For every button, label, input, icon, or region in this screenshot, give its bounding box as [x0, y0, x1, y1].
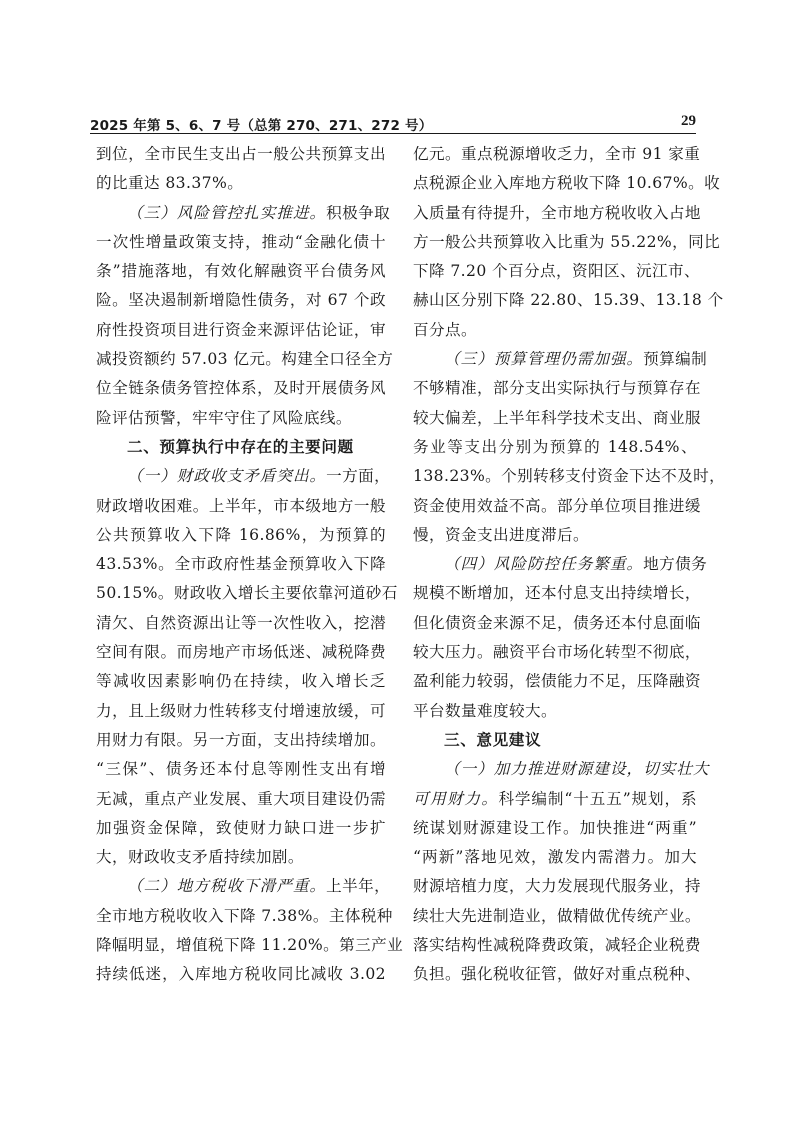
paragraph-line: 财政增收困难。上半年，市本级地方一般: [96, 492, 386, 521]
paragraph-text: 一方面，: [326, 467, 390, 485]
paragraph-line: 空间有限。而房地产市场低迷、减税降费: [96, 638, 386, 667]
paragraph-line: 等减收因素影响仍在持续，收入增长乏: [96, 667, 386, 696]
paragraph-line: 财源培植力度，大力发展现代服务业，持: [413, 872, 697, 901]
left-column: 到位，全市民生支出占一般公共预算支出的比重达 83.37%。（三）风险管控扎实推…: [96, 140, 386, 990]
subsection-title: （一）加力推进财源建设，切实壮大: [444, 760, 710, 778]
paragraph-line: 百分点。: [413, 316, 697, 345]
paragraph-line: 险。坚决遏制新增隐性债务，对 67 个政: [96, 286, 386, 315]
subsection-line: （三）风险管控扎实推进。积极争取: [96, 199, 386, 228]
paragraph-text: 上半年，: [326, 877, 390, 895]
paragraph-line: 公共预算收入下降 16.86%，为预算的: [96, 521, 386, 550]
paragraph-line: “两新”落地见效，激发内需潜力。加大: [413, 843, 697, 872]
paragraph-text: 科学编制“十五五”规划，系: [498, 790, 697, 808]
paragraph-line: “三保”、债务还本付息等刚性支出有增: [96, 755, 386, 784]
paragraph-line: 减投资额约 57.03 亿元。构建全口径全方: [96, 345, 386, 374]
paragraph-line: 务业等支出分别为预算的 148.54%、: [413, 433, 697, 462]
paragraph-line: 府性投资项目进行资金来源评估论证，审: [96, 316, 386, 345]
right-column: 亿元。重点税源增收乏力，全市 91 家重点税源企业入库地方税收下降 10.67%…: [413, 140, 697, 990]
paragraph-line: 盈利能力较弱，偿债能力不足，压降融资: [413, 667, 697, 696]
paragraph-line: 规模不断增加，还本付息支出持续增长，: [413, 579, 697, 608]
paragraph-line: 50.15%。财政收入增长主要依靠河道砂石: [96, 579, 386, 608]
subsection-line: 可用财力。科学编制“十五五”规划，系: [413, 785, 697, 814]
paragraph-line: 落实结构性减税降费政策，减轻企业税费: [413, 931, 697, 960]
paragraph-line: 入质量有待提升，全市地方税收收入占地: [413, 199, 697, 228]
subsection-title: （四）风险防控任务繁重。: [444, 555, 643, 573]
paragraph-line: 慢，资金支出进度滞后。: [413, 521, 697, 550]
paragraph-line: 的比重达 83.37%。: [96, 169, 386, 198]
paragraph-line: 加强资金保障，致使财力缺口进一步扩: [96, 814, 386, 843]
paragraph-line: 亿元。重点税源增收乏力，全市 91 家重: [413, 140, 697, 169]
paragraph-line: 用财力有限。另一方面，支出持续增加。: [96, 726, 386, 755]
paragraph-line: 无减，重点产业发展、重大项目建设仍需: [96, 785, 386, 814]
subsection-title: （二）地方税收下滑严重。: [127, 877, 326, 895]
paragraph-line: 平台数量难度较大。: [413, 697, 697, 726]
paragraph-line: 条”措施落地，有效化解融资平台债务风: [96, 257, 386, 286]
paragraph-line: 降幅明显，增值税下降 11.20%。第三产业: [96, 931, 386, 960]
subsection-title: （三）预算管理仍需加强。: [444, 350, 643, 368]
running-header: 2025 年第 5、6、7 号（总第 270、271、272 号） 29: [90, 113, 696, 134]
paragraph-line: 险评估预警，牢牢守住了风险底线。: [96, 404, 386, 433]
page-number: 29: [681, 113, 696, 130]
paragraph-text: 积极争取: [326, 204, 390, 222]
paragraph-line: 力，且上级财力性转移支付增速放缓，可: [96, 697, 386, 726]
paragraph-line: 不够精准，部分支出实际执行与预算存在: [413, 374, 697, 403]
paragraph-text: 地方债务: [643, 555, 707, 573]
subsection-title: （三）风险管控扎实推进。: [127, 204, 326, 222]
paragraph-line: 一次性增量政策支持，推动“金融化债十: [96, 228, 386, 257]
paragraph-line: 续壮大先进制造业，做精做优传统产业。: [413, 902, 697, 931]
paragraph-line: 点税源企业入库地方税收下降 10.67%。收: [413, 169, 697, 198]
paragraph-line: 较大压力。融资平台市场化转型不彻底，: [413, 638, 697, 667]
paragraph-line: 清欠、自然资源出让等一次性收入，挖潜: [96, 609, 386, 638]
paragraph-line: 赫山区分别下降 22.80、15.39、13.18 个: [413, 286, 697, 315]
subsection-line: （四）风险防控任务繁重。地方债务: [413, 550, 697, 579]
paragraph-line: 全市地方税收收入下降 7.38%。主体税种: [96, 902, 386, 931]
paragraph-line: 方一般公共预算收入比重为 55.22%，同比: [413, 228, 697, 257]
paragraph-line: 较大偏差，上半年科学技术支出、商业服: [413, 404, 697, 433]
paragraph-line: 持续低迷，入库地方税收同比减收 3.02: [96, 960, 386, 989]
issue-label: 2025 年第 5、6、7 号（总第 270、271、272 号）: [90, 114, 432, 134]
paragraph-line: 资金使用效益不高。部分单位项目推进缓: [413, 492, 697, 521]
paragraph-line: 负担。强化税收征管，做好对重点税种、: [413, 960, 697, 989]
paragraph-line: 位全链条债务管控体系，及时开展债务风: [96, 374, 386, 403]
paragraph-line: 到位，全市民生支出占一般公共预算支出: [96, 140, 386, 169]
subsection-title: 可用财力。: [413, 790, 498, 808]
subsection-line: （二）地方税收下滑严重。上半年，: [96, 872, 386, 901]
subsection-line: （一）财政收支矛盾突出。一方面，: [96, 462, 386, 491]
paragraph-line: 43.53%。全市政府性基金预算收入下降: [96, 550, 386, 579]
section-heading: 二、预算执行中存在的主要问题: [96, 433, 386, 462]
paragraph-line: 下降 7.20 个百分点，资阳区、沅江市、: [413, 257, 697, 286]
subsection-title: （一）财政收支矛盾突出。: [127, 467, 326, 485]
paragraph-line: 但化债资金来源不足，债务还本付息面临: [413, 609, 697, 638]
paragraph-line: 统谋划财源建设工作。加快推进“两重”: [413, 814, 697, 843]
paragraph-text: 预算编制: [643, 350, 707, 368]
paragraph-line: 138.23%。个别转移支付资金下达不及时，: [413, 462, 697, 491]
subsection-line: （三）预算管理仍需加强。预算编制: [413, 345, 697, 374]
section-heading: 三、意见建议: [413, 726, 697, 755]
subsection-line: （一）加力推进财源建设，切实壮大: [413, 755, 697, 784]
paragraph-line: 大，财政收支矛盾持续加剧。: [96, 843, 386, 872]
